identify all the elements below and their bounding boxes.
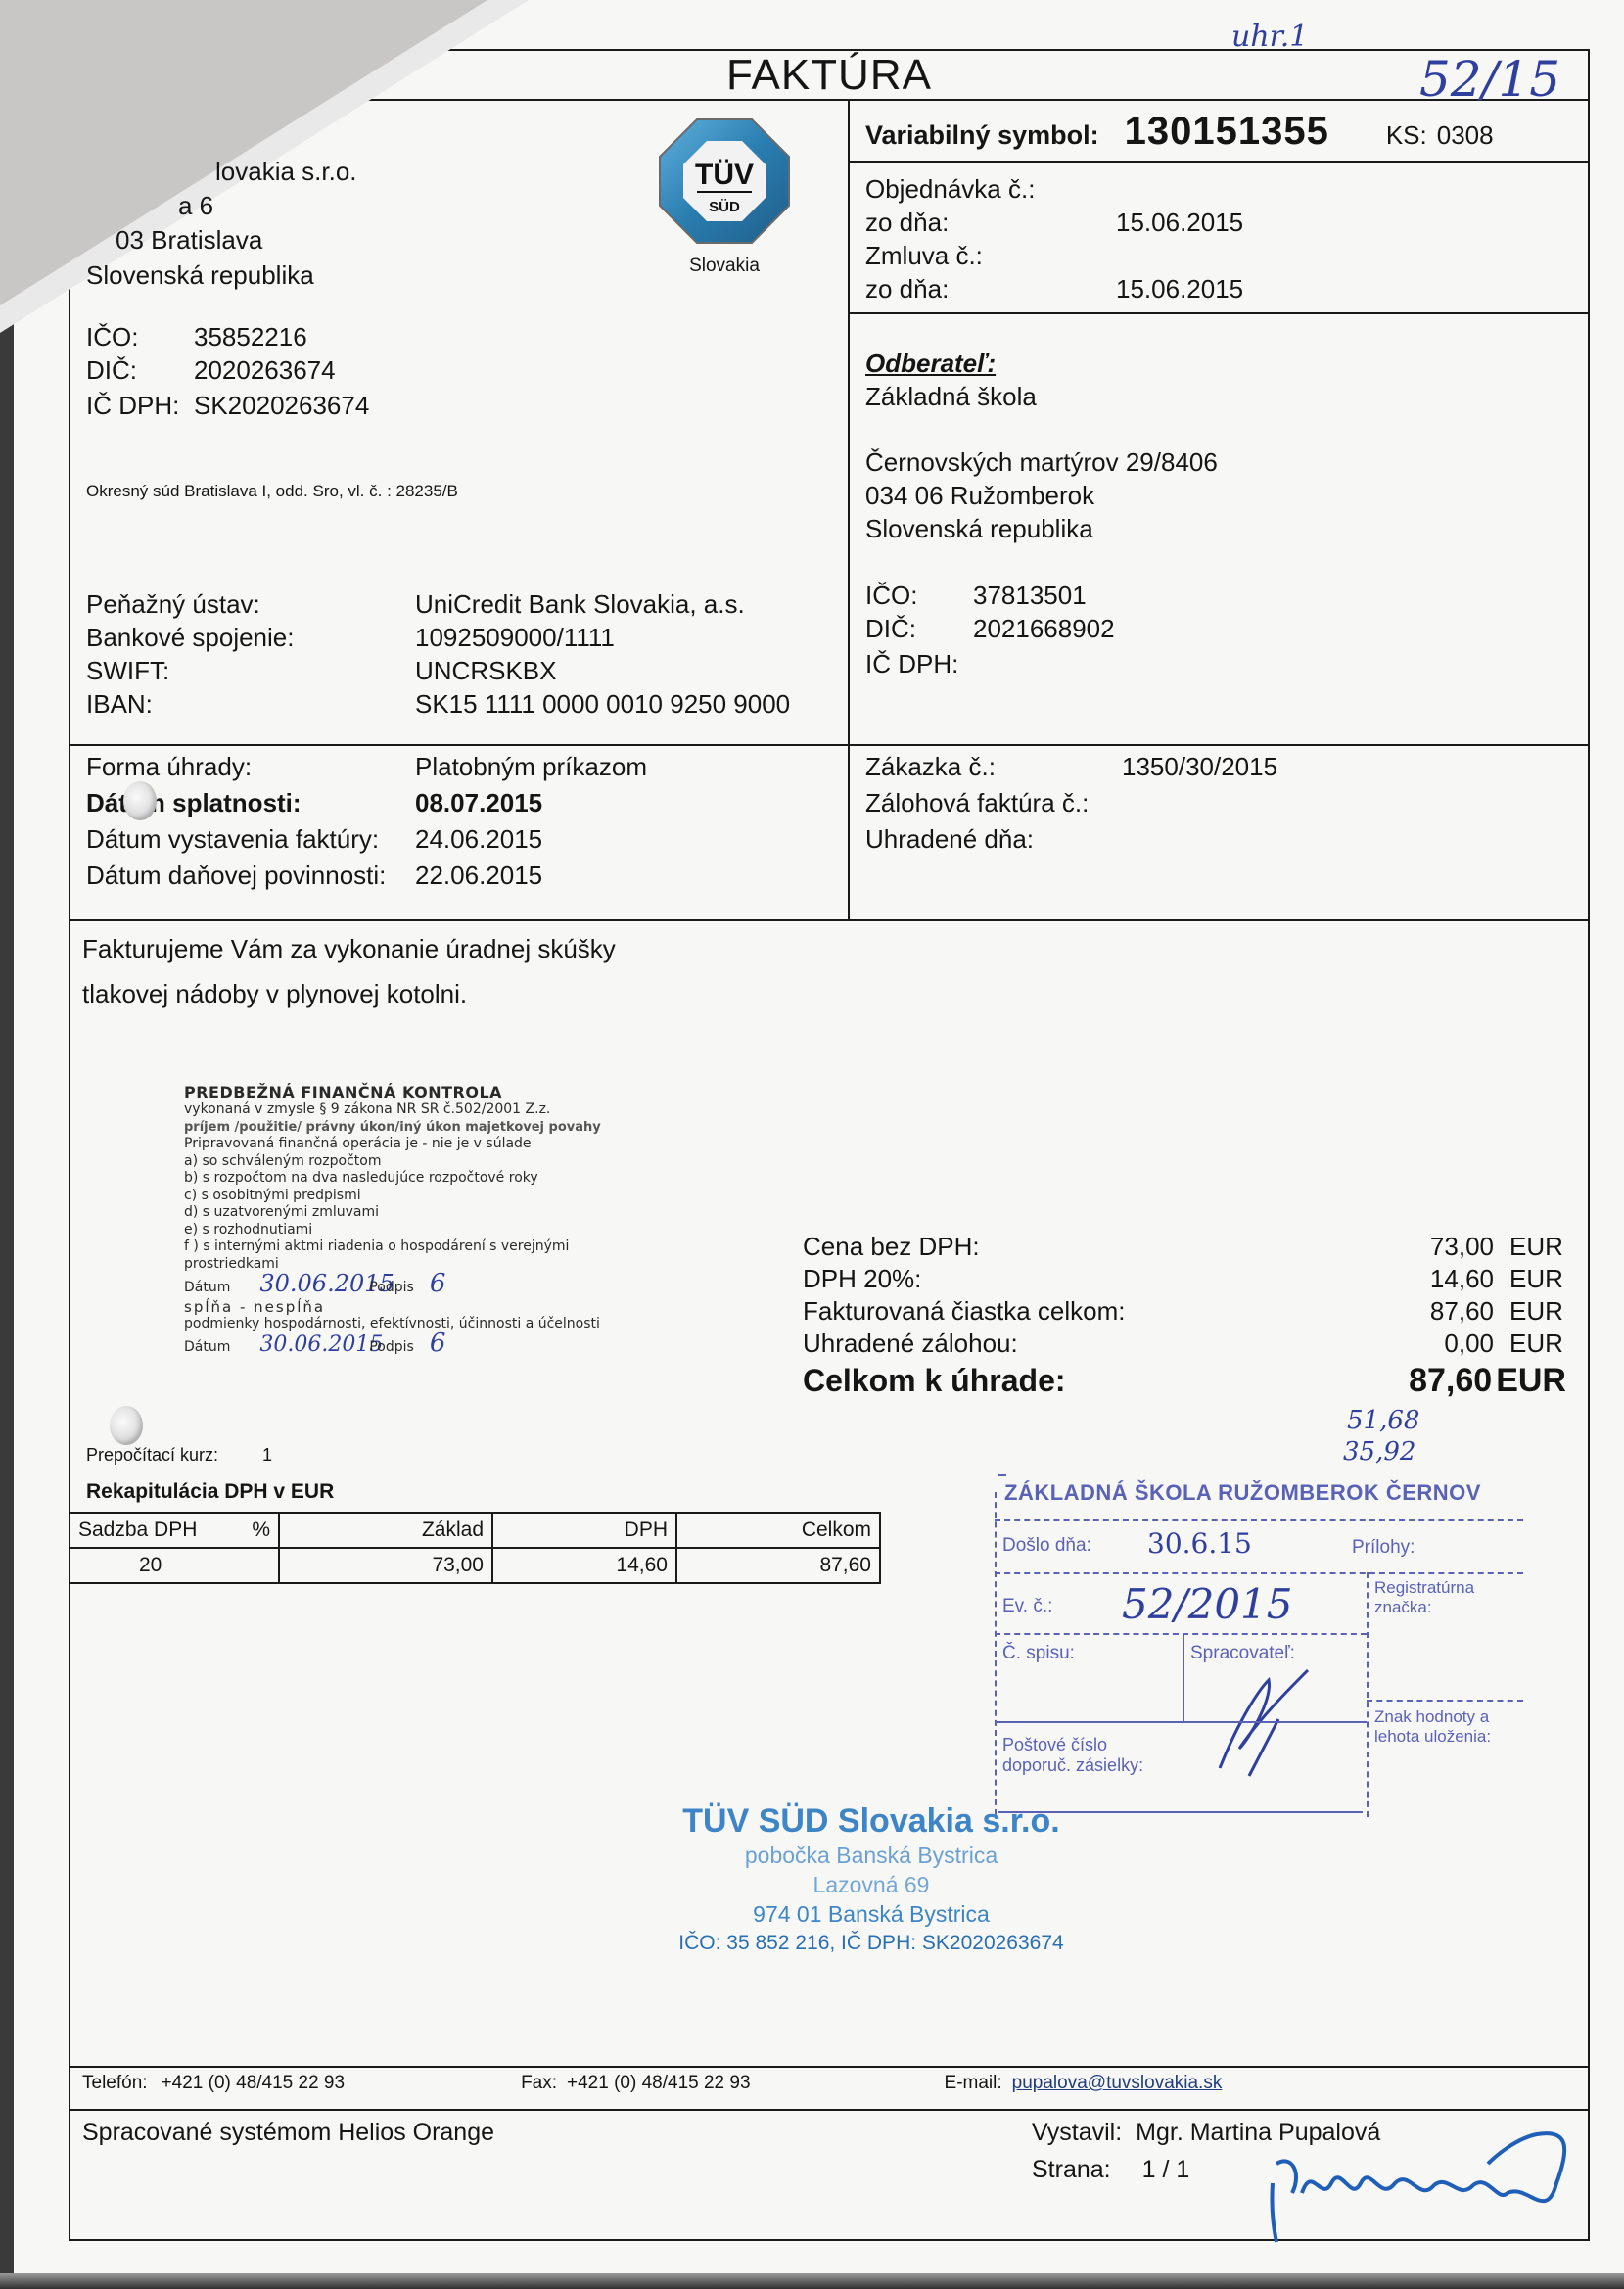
- system-note: Spracované systémom Helios Orange: [82, 2117, 494, 2149]
- handwritten-note: uhr.1: [1231, 20, 1308, 54]
- control-conditions: podmienky hospodárnosti, efektívnosti, ú…: [184, 1316, 654, 1332]
- control-sign1-label: Podpis: [369, 1277, 413, 1298]
- control-line: c) s osobitnými predpismi: [184, 1188, 654, 1205]
- column-divider: [848, 99, 850, 920]
- total-amount: 73,00: [1430, 1231, 1494, 1263]
- control-line: vykonaná v zmysle § 9 zákona NR SR č.502…: [184, 1101, 654, 1119]
- registry-mark-label: Registratúrna značka:: [1374, 1578, 1502, 1617]
- vat-recap-table: Sadzba DPH% Základ DPH Celkom 20 73,00 1…: [69, 1512, 881, 1584]
- payment-row-value: 22.06.2015: [415, 858, 542, 894]
- svg-text:TÜV: TÜV: [695, 159, 754, 191]
- punch-hole: [123, 781, 157, 820]
- customer-country: Slovenská republika: [865, 512, 1570, 545]
- header-base: Základ: [279, 1513, 492, 1548]
- payment-info: Forma úhrady:Platobným príkazomDátum spl…: [86, 749, 840, 894]
- bank-row-label: IBAN:: [86, 687, 415, 721]
- divider: [848, 312, 1590, 314]
- description-line-1: Fakturujeme Vám za vykonanie úradnej skú…: [82, 932, 616, 965]
- order-row-value: 15.06.2015: [1116, 272, 1243, 305]
- bank-row-value: UniCredit Bank Slovakia, a.s.: [415, 587, 745, 621]
- order-row: Zmluva č.:: [865, 239, 1570, 272]
- customer-ico-label: IČO:: [865, 579, 973, 612]
- page-row: Strana: 1 / 1: [1032, 2154, 1189, 2186]
- control-signature-2: 6: [430, 1332, 446, 1354]
- order-extra-row-value: 1350/30/2015: [1122, 749, 1277, 785]
- scan-edge: [0, 2273, 1624, 2289]
- logo-caption: Slovakia: [656, 256, 793, 277]
- supplier-country: Slovenská republika: [86, 258, 314, 292]
- issuer-signature: [1263, 2125, 1586, 2252]
- ico-value: 35852216: [194, 320, 307, 353]
- control-line: f ) s internými aktmi riadenia o hospodá…: [184, 1238, 654, 1273]
- order-row-label: zo dňa:: [865, 206, 1116, 239]
- bank-row-value: SK15 1111 0000 0010 9250 9000: [415, 687, 790, 721]
- control-line: d) s uzatvorenými zmluvami: [184, 1204, 654, 1222]
- customer-heading: Odberateľ:: [865, 347, 1570, 380]
- supplier-name: lovakia s.r.o.: [215, 155, 357, 188]
- exchange-rate: Prepočítací kurz: 1: [86, 1445, 272, 1466]
- order-extra-row-label: Uhradené dňa:: [865, 821, 1122, 858]
- bank-row: IBAN:SK15 1111 0000 0010 9250 9000: [86, 687, 850, 721]
- divider: [69, 744, 1590, 746]
- handwritten-calc-2: 35,92: [1343, 1437, 1415, 1467]
- table-header-row: Sadzba DPH% Základ DPH Celkom: [70, 1513, 880, 1548]
- grand-total-amount: 87,60: [1409, 1362, 1492, 1400]
- cell-base: 73,00: [279, 1548, 492, 1583]
- total-label: DPH 20%:: [803, 1263, 1430, 1295]
- customer-street: Černovských martýrov 29/8406: [865, 445, 1570, 479]
- scan-edge: [0, 0, 14, 2289]
- total-currency: EUR: [1509, 1231, 1566, 1263]
- payment-row-label: Dátum vystavenia faktúry:: [86, 821, 415, 858]
- order-extra-row-label: Zákazka č.:: [865, 749, 1122, 785]
- control-title: PREDBEŽNÁ FINANČNÁ KONTROLA: [184, 1083, 654, 1101]
- payment-row: Dátum splatnosti:08.07.2015: [86, 785, 840, 821]
- header-total: Celkom: [676, 1513, 880, 1548]
- variable-symbol-label: Variabilný symbol:: [865, 120, 1099, 151]
- variable-symbol-row: Variabilný symbol: 130151355 KS: 0308: [865, 110, 1494, 154]
- customer-dic: 2021668902: [973, 612, 1115, 645]
- company-stamp-ids: IČO: 35 852 216, IČ DPH: SK2020263674: [646, 1929, 1096, 1958]
- financial-control-stamp: PREDBEŽNÁ FINANČNÁ KONTROLA vykonaná v z…: [184, 1083, 654, 1358]
- order-row-label: zo dňa:: [865, 272, 1116, 305]
- control-date1-value: 30.06.2015: [259, 1273, 369, 1294]
- received-label: Došlo dňa:: [1002, 1535, 1091, 1557]
- header-vat: DPH: [492, 1513, 676, 1548]
- file-label: Č. spisu:: [1002, 1643, 1075, 1664]
- payment-row: Dátum daňovej povinnosti:22.06.2015: [86, 858, 840, 894]
- bank-row: SWIFT:UNCRSKBX: [86, 654, 850, 687]
- control-date1-label: Dátum: [184, 1277, 230, 1298]
- total-amount: 0,00: [1444, 1328, 1494, 1360]
- divider: [69, 2109, 1590, 2111]
- handwritten-calc-1: 51,68: [1347, 1406, 1419, 1435]
- supplier-city: 03 Bratislava: [116, 223, 262, 257]
- control-lines: vykonaná v zmysle § 9 zákona NR SR č.502…: [184, 1101, 654, 1273]
- payment-row: Dátum vystavenia faktúry:24.06.2015: [86, 821, 840, 858]
- payment-row-value: Platobným príkazom: [415, 749, 647, 785]
- total-row: DPH 20%:14,60EUR: [803, 1263, 1566, 1295]
- issued-label: Vystavil:: [1032, 2117, 1122, 2149]
- court-register: Okresný súd Bratislava I, odd. Sro, vl. …: [86, 482, 458, 501]
- ks-value: 0308: [1437, 118, 1494, 152]
- tuv-octagon-icon: TÜV SÜD: [656, 117, 793, 245]
- order-info: Objednávka č.:zo dňa:15.06.2015Zmluva č.…: [865, 172, 1570, 305]
- control-date2-label: Dátum: [184, 1336, 230, 1358]
- total-row: Fakturovaná čiastka celkom:87,60EUR: [803, 1295, 1566, 1328]
- vat-recap-title: Rekapitulácia DPH v EUR: [86, 1480, 334, 1504]
- frame-right: [1588, 49, 1590, 2240]
- total-currency: EUR: [1509, 1328, 1566, 1360]
- registry-stamp: ZÁKLADNÁ ŠKOLA RUŽOMBEROK ČERNOV Došlo d…: [995, 1469, 1523, 1821]
- total-currency: EUR: [1509, 1295, 1566, 1328]
- ev-label: Ev. č.:: [1002, 1596, 1052, 1617]
- bank-row-label: Bankové spojenie:: [86, 621, 415, 654]
- bank-row-label: SWIFT:: [86, 654, 415, 687]
- customer-ico: 37813501: [973, 579, 1087, 612]
- svg-text:SÜD: SÜD: [709, 199, 740, 215]
- bank-info: Peňažný ústav:UniCredit Bank Slovakia, a…: [86, 587, 850, 721]
- total-label: Fakturovaná čiastka celkom:: [803, 1295, 1430, 1328]
- punch-hole: [110, 1406, 143, 1445]
- phone-label: Telefón:: [82, 2073, 148, 2094]
- control-line: Pripravovaná finančná operácia je - nie …: [184, 1136, 654, 1153]
- total-amount: 14,60: [1430, 1263, 1494, 1295]
- order-row-value: 15.06.2015: [1116, 206, 1243, 239]
- total-row: Uhradené zálohou:0,00EUR: [803, 1328, 1566, 1360]
- customer-dic-label: DIČ:: [865, 612, 973, 645]
- email-label: E-mail:: [945, 2073, 1002, 2094]
- dic-value: 2020263674: [194, 353, 336, 387]
- totals-block: Cena bez DPH:73,00EURDPH 20%:14,60EURFak…: [803, 1231, 1566, 1400]
- control-signature-1: 6: [430, 1273, 446, 1294]
- supplier-ids: IČO:35852216 DIČ:2020263674 IČ DPH:SK202…: [86, 320, 771, 422]
- order-row: Objednávka č.:: [865, 172, 1570, 206]
- order-row-label: Zmluva č.:: [865, 239, 1116, 272]
- handler-signature: [1210, 1660, 1318, 1778]
- control-date2-value: 30.06.2015: [259, 1334, 369, 1356]
- exchange-value: 1: [262, 1445, 272, 1466]
- divider: [69, 919, 1590, 921]
- attachments-label: Prílohy:: [1352, 1537, 1415, 1559]
- ev-value: 52/2015: [1122, 1580, 1292, 1628]
- grand-total-label: Celkom k úhrade:: [803, 1363, 1409, 1399]
- customer-city: 034 06 Ružomberok: [865, 479, 1570, 512]
- document-title: FAKTÚRA: [69, 51, 1590, 100]
- page-number: 1 / 1: [1142, 2154, 1190, 2186]
- bank-row-value: 1092509000/1111: [415, 621, 615, 654]
- handwritten-number: 52/15: [1419, 51, 1560, 108]
- control-line: príjem /použitie/ právny úkon/iný úkon m…: [184, 1119, 654, 1137]
- cell-total: 87,60: [676, 1548, 880, 1583]
- icdph-value: SK2020263674: [194, 389, 369, 422]
- company-stamp: TÜV SÜD Slovakia s.r.o. pobočka Banská B…: [646, 1801, 1096, 1958]
- description-line-2: tlakovej nádoby v plynovej kotolni.: [82, 977, 467, 1010]
- email-link[interactable]: pupalova@tuvslovakia.sk: [1012, 2073, 1223, 2094]
- cell-rate: 20: [70, 1548, 279, 1583]
- order-extra-row: Zákazka č.:1350/30/2015: [865, 749, 1570, 785]
- total-label: Uhradené zálohou:: [803, 1328, 1444, 1360]
- payment-row-value: 24.06.2015: [415, 821, 542, 858]
- order-extra-row: Uhradené dňa:: [865, 821, 1570, 858]
- page-label: Strana:: [1032, 2154, 1111, 2186]
- order-extra-row-label: Zálohová faktúra č.:: [865, 785, 1122, 821]
- company-stamp-city: 974 01 Banská Bystrica: [646, 1899, 1096, 1929]
- dic-label: DIČ:: [86, 353, 194, 387]
- registry-title: ZÁKLADNÁ ŠKOLA RUŽOMBEROK ČERNOV: [1004, 1480, 1481, 1506]
- bank-row-label: Peňažný ústav:: [86, 587, 415, 621]
- total-row: Cena bez DPH:73,00EUR: [803, 1231, 1566, 1263]
- order-row: zo dňa:15.06.2015: [865, 206, 1570, 239]
- icdph-label: IČ DPH:: [86, 389, 194, 422]
- total-currency: EUR: [1509, 1263, 1566, 1295]
- fax-value: +421 (0) 48/415 22 93: [567, 2073, 751, 2094]
- control-line: b) s rozpočtom na dva nasledujúce rozpoč…: [184, 1170, 654, 1188]
- control-line: a) so schváleným rozpočtom: [184, 1153, 654, 1171]
- bank-row-value: UNCRSKBX: [415, 654, 556, 687]
- control-sign2-label: Podpis: [369, 1336, 413, 1358]
- customer-name: Základná škola: [865, 380, 1570, 413]
- payment-row-label: Forma úhrady:: [86, 749, 415, 785]
- customer-block: Odberateľ: Základná škola Černovských ma…: [865, 347, 1570, 680]
- order-extra-info: Zákazka č.:1350/30/2015Zálohová faktúra …: [865, 749, 1570, 858]
- bank-row: Peňažný ústav:UniCredit Bank Slovakia, a…: [86, 587, 850, 621]
- header-percent: %: [252, 1518, 270, 1542]
- bank-row: Bankové spojenie:1092509000/1111: [86, 621, 850, 654]
- divider: [69, 2066, 1590, 2068]
- company-stamp-name: TÜV SÜD Slovakia s.r.o.: [646, 1801, 1096, 1841]
- order-row-label: Objednávka č.:: [865, 172, 1116, 206]
- exchange-label: Prepočítací kurz:: [86, 1445, 262, 1466]
- ks-label: KS:: [1386, 118, 1427, 152]
- supplier-street: a 6: [178, 189, 213, 222]
- header-rate: Sadzba DPH: [78, 1518, 197, 1542]
- ico-label: IČO:: [86, 320, 194, 353]
- control-line: e) s rozhodnutiami: [184, 1222, 654, 1239]
- variable-symbol-value: 130151355: [1125, 110, 1329, 154]
- order-extra-row: Zálohová faktúra č.:: [865, 785, 1570, 821]
- contact-row: Telefón: +421 (0) 48/415 22 93 Fax: +421…: [82, 2073, 1580, 2094]
- order-row: zo dňa:15.06.2015: [865, 272, 1570, 305]
- frame-left: [69, 49, 70, 2240]
- fax-label: Fax:: [521, 2073, 557, 2094]
- payment-row-label: Dátum daňovej povinnosti:: [86, 858, 415, 894]
- phone-value: +421 (0) 48/415 22 93: [162, 2073, 346, 2094]
- control-status: spĺňa - nespĺňa: [184, 1298, 654, 1316]
- payment-row: Forma úhrady:Platobným príkazom: [86, 749, 840, 785]
- table-row: 20 73,00 14,60 87,60: [70, 1548, 880, 1583]
- postal-label: Poštové číslo doporuč. zásielky:: [1002, 1735, 1179, 1776]
- company-stamp-branch: pobočka Banská Bystrica: [646, 1841, 1096, 1870]
- divider: [848, 161, 1590, 163]
- total-amount: 87,60: [1430, 1295, 1494, 1328]
- grand-total-currency: EUR: [1496, 1362, 1566, 1400]
- customer-icdph-label: IČ DPH:: [865, 647, 973, 680]
- tuv-sud-logo: TÜV SÜD Slovakia: [656, 117, 793, 277]
- cell-vat: 14,60: [492, 1548, 676, 1583]
- value-sign-label: Znak hodnoty a lehota uloženia:: [1374, 1707, 1511, 1747]
- total-label: Cena bez DPH:: [803, 1231, 1430, 1263]
- payment-row-value: 08.07.2015: [415, 785, 542, 821]
- company-stamp-street: Lazovná 69: [646, 1870, 1096, 1899]
- received-value: 30.6.15: [1147, 1527, 1252, 1560]
